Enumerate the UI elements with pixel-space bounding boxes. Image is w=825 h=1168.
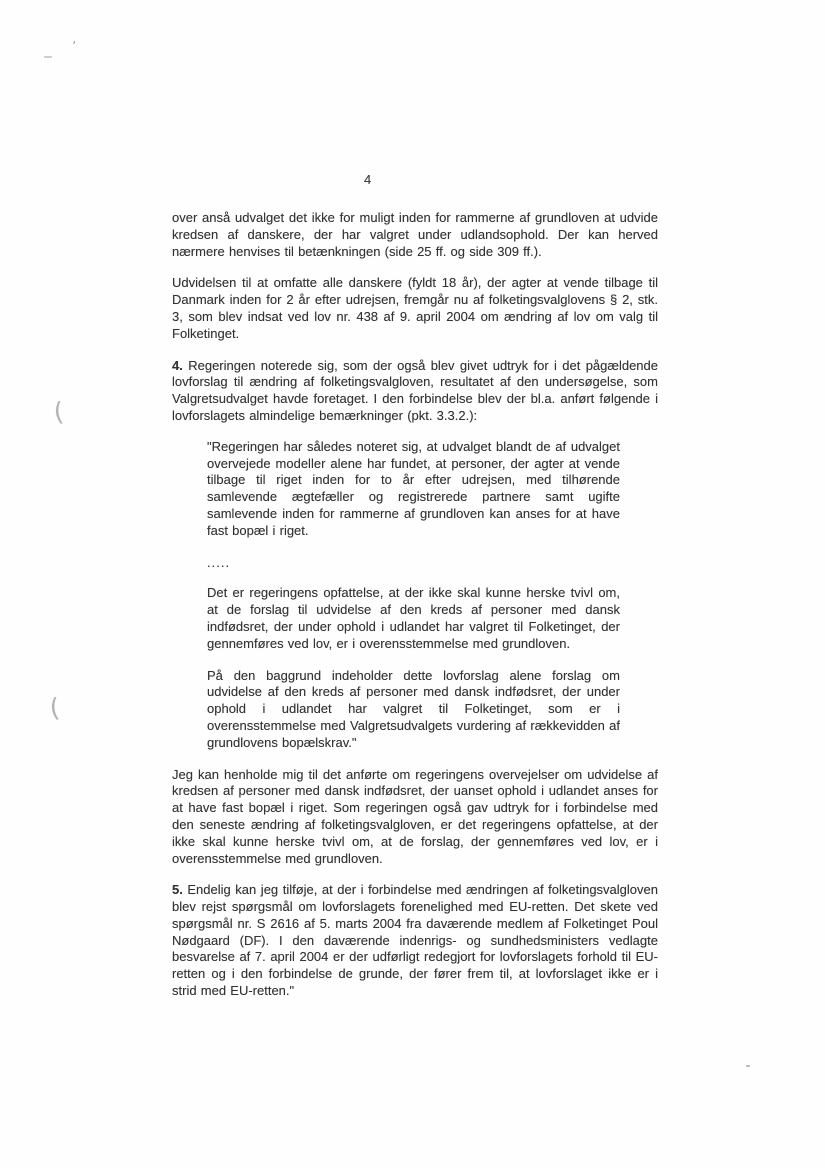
paragraph-text: Regeringen noterede sig, som der også bl… bbox=[172, 358, 658, 423]
quote-paragraph: På den baggrund indeholder dette lovfors… bbox=[207, 668, 620, 752]
scan-speck bbox=[746, 1065, 750, 1067]
paragraph: over anså udvalget det ikke for muligt i… bbox=[172, 210, 658, 260]
numbered-paragraph: 4. Regeringen noterede sig, som der også… bbox=[172, 358, 658, 425]
pen-tick-mark: ʹ bbox=[70, 38, 77, 53]
handwritten-parenthesis-mark: ( bbox=[48, 693, 60, 723]
ellipsis-line: ..... bbox=[207, 555, 620, 572]
handwritten-parenthesis-mark: ( bbox=[52, 397, 64, 427]
numbered-paragraph: 5. Endelig kan jeg tilføje, at der i for… bbox=[172, 882, 658, 1000]
pen-dash-mark bbox=[44, 56, 52, 58]
quote-paragraph: "Regeringen har således noteret sig, at … bbox=[207, 439, 620, 540]
scanned-document-page: 4 over anså udvalget det ikke for muligt… bbox=[0, 0, 825, 1168]
quote-paragraph: Det er regeringens opfattelse, at der ik… bbox=[207, 585, 620, 652]
paragraph-number: 4. bbox=[172, 358, 183, 373]
paragraph: Udvidelsen til at omfatte alle danskere … bbox=[172, 275, 658, 342]
quotation-block: "Regeringen har således noteret sig, at … bbox=[207, 439, 620, 752]
document-body: over anså udvalget det ikke for muligt i… bbox=[172, 210, 658, 1014]
paragraph: Jeg kan henholde mig til det anførte om … bbox=[172, 767, 658, 868]
paragraph-text: Endelig kan jeg tilføje, at der i forbin… bbox=[172, 882, 658, 998]
page-number: 4 bbox=[364, 172, 371, 187]
paragraph-number: 5. bbox=[172, 882, 183, 897]
